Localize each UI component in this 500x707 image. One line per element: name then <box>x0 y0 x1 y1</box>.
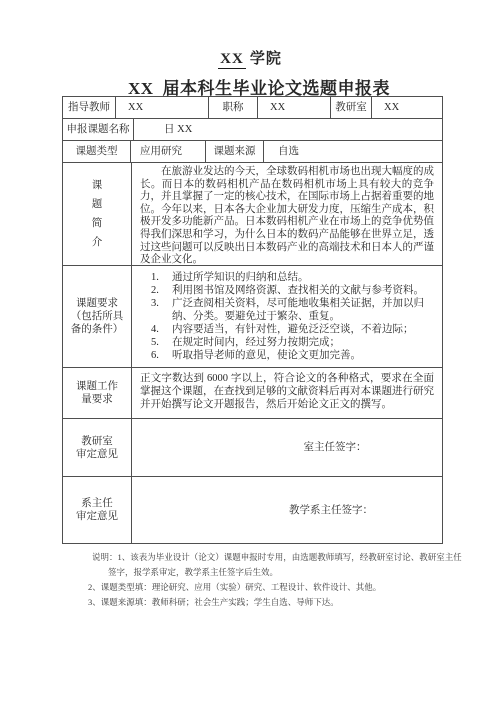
advisor-value: XX <box>116 97 209 118</box>
teaching-office-label: 教研室 <box>331 97 372 118</box>
dept-review-label: 系主任 审定意见 <box>63 477 132 543</box>
requirements-label-line-1: 课题要求 <box>76 297 118 310</box>
dept-review-label-line-2: 审定意见 <box>76 510 118 523</box>
topic-requirements-cell: 通过所学知识的归纳和总结。 利用图书馆及网络资源、查找相关的文献与参考资料。 广… <box>132 266 442 367</box>
application-form-table: 指导教师 XX 职称 XX 教研室 XX 申报课题名称 日 XX 课题类型 应用… <box>62 96 443 544</box>
workload-label-line-1: 课题工作 <box>76 380 118 393</box>
topic-source-label: 课题来源 <box>206 141 264 162</box>
requirement-item: 在规定时间内，经过努力按期完成； <box>145 336 434 349</box>
topic-source-value: 自选 <box>264 141 442 162</box>
dept-review-row: 系主任 审定意见 教学系主任签字： <box>63 477 442 543</box>
document-page: XX学院 XX届本科生毕业论文选题申报表 指导教师 XX 职称 XX 教研室 X… <box>0 0 500 707</box>
advisor-label: 指导教师 <box>63 97 116 118</box>
topic-name-label: 申报课题名称 <box>63 119 134 140</box>
topic-intro-cell: 在旅游业发达的今天，全球数码相机市场也出现大幅度的成长。而日本的数码相机产品在数… <box>132 163 442 265</box>
footnote-line-2: 签字，报学系审定，教学系主任签字后生效。 <box>108 565 500 580</box>
requirements-list: 通过所学知识的归纳和总结。 利用图书馆及网络资源、查找相关的文献与参考资料。 广… <box>132 266 442 362</box>
office-review-label-line-1: 教研室 <box>81 435 113 448</box>
topic-type-value: 应用研究 <box>131 141 206 162</box>
workload-row: 课题工作 量要求 正文字数达到 6000 字以上，符合论文的各种格式，要求在全面… <box>63 368 442 419</box>
job-title-value: XX <box>258 97 331 118</box>
intro-label-char-1: 课 <box>92 176 103 195</box>
topic-name-row: 申报课题名称 日 XX <box>63 119 442 141</box>
college-title: XX学院 <box>0 47 500 68</box>
topic-type-label: 课题类型 <box>63 141 131 162</box>
requirements-label-line-2: （包括所具 <box>71 310 124 323</box>
intro-label-char-2: 题 <box>92 195 103 214</box>
workload-label-line-2: 量要求 <box>81 393 113 406</box>
topic-requirements-row: 课题要求 （包括所具 备的条件） 通过所学知识的归纳和总结。 利用图书馆及网络资… <box>63 266 442 368</box>
footnotes: 说明：1、该表为毕业设计（论文）课题申报时专用，由选题教师填写，经教研室讨论、教… <box>0 550 500 610</box>
requirement-item: 内容要适当，有针对性，避免泛泛空谈，不着边际； <box>145 323 434 336</box>
advisor-info-row: 指导教师 XX 职称 XX 教研室 XX <box>63 97 442 119</box>
dept-review-label-line-1: 系主任 <box>81 497 113 510</box>
topic-requirements-label: 课题要求 （包括所具 备的条件） <box>63 266 132 367</box>
college-number-underlined: XX <box>218 51 246 69</box>
requirement-item: 听取指导老师的意见，使论文更加完善。 <box>145 349 434 362</box>
footnote-line-1: 说明：1、该表为毕业设计（论文）课题申报时专用，由选题教师填写，经教研室讨论、教… <box>92 550 500 565</box>
requirements-label-line-3: 备的条件） <box>71 323 124 336</box>
dept-head-signature-label: 教学系主任签字： <box>289 504 373 517</box>
office-director-signature-label: 室主任签字： <box>304 441 367 454</box>
topic-name-value: 日 XX <box>134 119 442 140</box>
requirement-item: 通过所学知识的归纳和总结。 <box>145 271 434 284</box>
intro-label-char-3: 简 <box>92 214 103 233</box>
teaching-office-value: XX <box>372 97 442 118</box>
topic-type-row: 课题类型 应用研究 课题来源 自选 <box>63 141 442 163</box>
workload-text: 正文字数达到 6000 字以上，符合论文的各种格式，要求在全面掌握这个课题，在查… <box>132 368 442 411</box>
job-title-label: 职称 <box>209 97 258 118</box>
intro-label-char-4: 介 <box>92 233 103 252</box>
topic-intro-label: 课 题 简 介 <box>63 163 132 265</box>
office-review-row: 教研室 审定意见 室主任签字： <box>63 419 442 477</box>
requirement-item: 利用图书馆及网络资源、查找相关的文献与参考资料。 <box>145 284 434 297</box>
workload-label: 课题工作 量要求 <box>63 368 132 418</box>
dept-review-cell: 教学系主任签字： <box>132 477 442 543</box>
footnote-line-4: 3、课题来源填：教师科研；社会生产实践；学生自选、导师下达。 <box>88 595 500 610</box>
college-title-text: 学院 <box>250 51 282 67</box>
workload-cell: 正文字数达到 6000 字以上，符合论文的各种格式，要求在全面掌握这个课题，在查… <box>132 368 442 418</box>
office-review-cell: 室主任签字： <box>132 419 442 476</box>
requirement-item: 广泛查阅相关资料，尽可能地收集相关证据，并加以归纳、分类。要避免过于繁杂、重复。 <box>145 297 434 323</box>
footnote-line-3: 2、课题类型填：理论研究、应用（实验）研究、工程设计、软件设计、其他。 <box>88 580 500 595</box>
topic-intro-row: 课 题 简 介 在旅游业发达的今天，全球数码相机市场也出现大幅度的成长。而日本的… <box>63 163 442 266</box>
office-review-label: 教研室 审定意见 <box>63 419 132 476</box>
office-review-label-line-2: 审定意见 <box>76 448 118 461</box>
topic-intro-text: 在旅游业发达的今天，全球数码相机市场也出现大幅度的成长。而日本的数码相机产品在数… <box>132 163 442 265</box>
